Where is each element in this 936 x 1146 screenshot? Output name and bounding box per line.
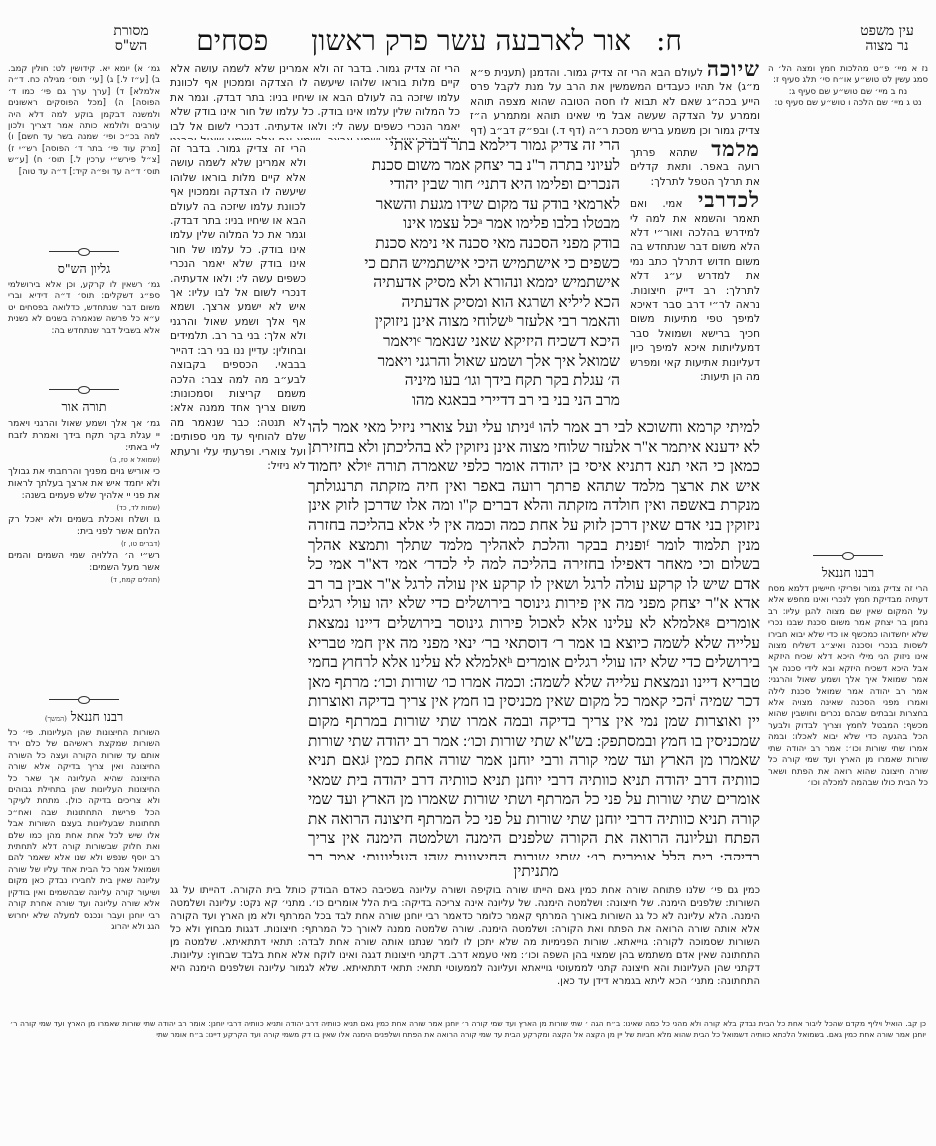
ornament-divider [49,248,119,255]
gemara-top-block: הרי זה צדיק גמור דילמא בתר דבדק אתי לעיו… [320,136,620,418]
verse-ref: (דברים טו, ז) [8,538,160,550]
footer-notes: כן קב. הואיל ויליף מקדם שהכל ליבור אחת כ… [10,1018,926,1054]
mesoret-title: מסורת [96,24,166,39]
verse-text: גמ׳ אך אלך ושמע שאול והרגני ויאמר יי עגל… [8,418,160,454]
mesoret-header: מסורת הש"ס [96,24,166,54]
rashi-paragraph-cont: הרי זה צדיק גמור. בדבר זה ולא אמרינן שלא… [170,143,306,472]
gemara-line: היכא דשכיח היזיקא שאני שנאמר ᶜויאמר [320,332,620,352]
gemara-text: למיתי קרמא וחשוכא לבי רב אמר להו ᵈניתו ע… [308,419,760,860]
gemara-line: הכא ליליא ושרגא הוא ומסיק אדעתיה [320,293,620,313]
page-header: ח: אור לארבעה עשר פרק ראשון פסחים [290,26,690,56]
torah-or-title: תורה אור [8,399,160,415]
gilyon-hashas-column: גליון הש"ס גמ׳ רשאין לו קרקע, וכן אלא בי… [8,240,160,350]
rashi-paragraph: הרי זה צדיק גמור. בדבר זה ולא אמרינן שלא… [170,63,460,140]
gemara-line: הנכרים ופלימו היא דתני׳ חור שבין יהודי [320,175,620,195]
torah-or-column: תורה אור גמ׳ אך אלך ושמע שאול והרגני ויא… [8,378,160,688]
ein-mishpat-column: נז א מיי׳ פ״ט מהלכות חמץ ומצה הל׳ ה סמג … [768,64,928,194]
ornament-divider [49,696,119,703]
verse-ref: (שמואל א טז, ב) [8,454,160,466]
tosafot-top: שיוכה לעולם הבא הרי זה צדיק גמור. והדמנן… [470,62,760,140]
verse-ref: (שמות לד, כד) [8,502,160,514]
mishnah-title: מתניתין [396,862,676,886]
tosafot-lidrbi-word: לכדרבי [698,188,760,212]
ner-mitzvah-title: נר מצוה [844,39,930,54]
ein-mishpat-title: עין משפט [844,24,930,39]
talmud-page: עין משפט נר מצוה ח: אור לארבעה עשר פרק ר… [0,0,936,1146]
ein-mishpat-header: עין משפט נר מצוה [844,24,930,54]
gemara-line: לעיוני בתרה ר"נ בר יצחק אמר משום סכנת [320,156,620,176]
tosafot-opening-word: שיוכה [707,62,760,81]
rabbeinu-chananel-left: רבנו חננאל (המשך) השורות החיצונות שהן הע… [8,688,160,1014]
rabbeinu-chananel-right: רבנו חננאל הרי זה צדיק גמור ופריקי חיישי… [768,544,928,1024]
gemara-line: כשפים כי אישתמיש היכי אישתמיש התם כי [320,254,620,274]
title-text: רבנו חננאל [71,709,123,724]
mesoret-hashas-column: גמ׳ א) יומא יא. קידושין לט: חולין קמב. ב… [8,64,160,244]
gemara-line: מבטלו בלבו פלימו אמר ᵃכל עצמו אינו [320,214,620,234]
rabbeinu-chananel-title: רבנו חננאל [768,565,928,581]
tosafot-side: מלמד שתהא פרתך רועה באפר. ותאת קדלים את … [630,142,760,442]
ein-mishpat-entry: נט ג מיי׳ שם הלכה ו טוש״ע שם סעיף ט: [768,98,928,109]
gilyon-hashas-text: גמ׳ רשאין לו קרקע, וכן אלא בירושלמי ספ״ג… [8,280,160,337]
chapter-title: אור לארבעה עשר פרק ראשון [311,24,631,57]
rashi-side: הרי זה צדיק גמור. בדבר זה ולא אמרינן שלא… [170,142,306,862]
gemara-line: בודק מפני הסכנה מאי סכנה אי נימא סכנת [320,234,620,254]
verse-text: גו ושלח ואכלת בשמים ולא יאכל רק הלחם אשר… [8,514,160,538]
gemara-line: לארמאי בודק עד מקום שידו מגעת והשאר [320,195,620,215]
tractate-name: פסחים [196,24,268,57]
tosafot-lidrbi-text: אמי. ואם תאמר והשמא את למה לי למידרש בהל… [630,198,760,383]
verse-ref: (תהלים קמח, ד) [8,574,160,586]
rashi-top: הרי זה צדיק גמור. בדבר זה ולא אמרינן שלא… [170,62,460,140]
hashas-title: הש"ס [96,39,166,54]
tosafot-malmad-word: מלמד [711,142,760,161]
rabbeinu-chananel-cont-text: השורות החיצונות שהן העליונות. פי׳ כל השו… [8,728,160,933]
gemara-line: אישתמיש יממא ונהורא ולא מסיק אדעתיה [320,273,620,293]
verse-text: כי אוריש גוים מפניך והרחבתי את גבולך ולא… [8,466,160,502]
title-note: (המשך) [45,715,67,723]
rabbeinu-chananel-text: הרי זה צדיק גמור ופריקי חיישינן דלמא מסח… [768,584,928,789]
ornament-divider [49,386,119,393]
verse-text: רש״י ה׳ הללויה שמי השמים והמים אשר מעל ה… [8,550,160,574]
gemara-main-block: למיתי קרמא וחשוכא לבי רב אמר להו ᵈניתו ע… [308,418,760,860]
footer-notes-text: כן קב. הואיל ויליף מקדם שהכל ליבור אחת כ… [10,1019,926,1039]
commentary-text: כמין גם פי׳ שלנו פתוחה שורה אחת כמין גאם… [170,885,760,987]
gemara-line: שמואל איך אלך ושמע שאול והרגני ויאמר [320,352,620,372]
gemara-line: ה׳ עגלת בקר תקח בידך וגו׳ בעו מיניה [320,371,620,391]
rabbeinu-chananel-cont-title: רבנו חננאל (המשך) [8,709,160,725]
gemara-line: מרב הני בני בי רב דדיירי בבאגא מהו [320,391,620,411]
mesoret-entries: גמ׳ א) יומא יא. קידושין לט: חולין קמב. ב… [8,64,160,177]
ein-mishpat-entry: נז א מיי׳ פ״ט מהלכות חמץ ומצה הל׳ ה סמג … [768,64,928,87]
mishnah-commentary: כמין גם פי׳ שלנו פתוחה שורה אחת כמין גאם… [170,884,760,1012]
daf-label: ח: [656,24,682,57]
ornament-divider [813,552,883,559]
ein-mishpat-entry: נח ב מיי׳ שם טוש״ע שם סעיף ג: [768,87,928,98]
gilyon-hashas-title: גליון הש"ס [8,261,160,277]
torah-or-verse: גמ׳ אך אלך ושמע שאול והרגני ויאמר יי עגל… [8,418,160,586]
gemara-line: והאמר רבי אלעזר ᵇשלוחי מצוה אינן ניזוקין [320,312,620,332]
